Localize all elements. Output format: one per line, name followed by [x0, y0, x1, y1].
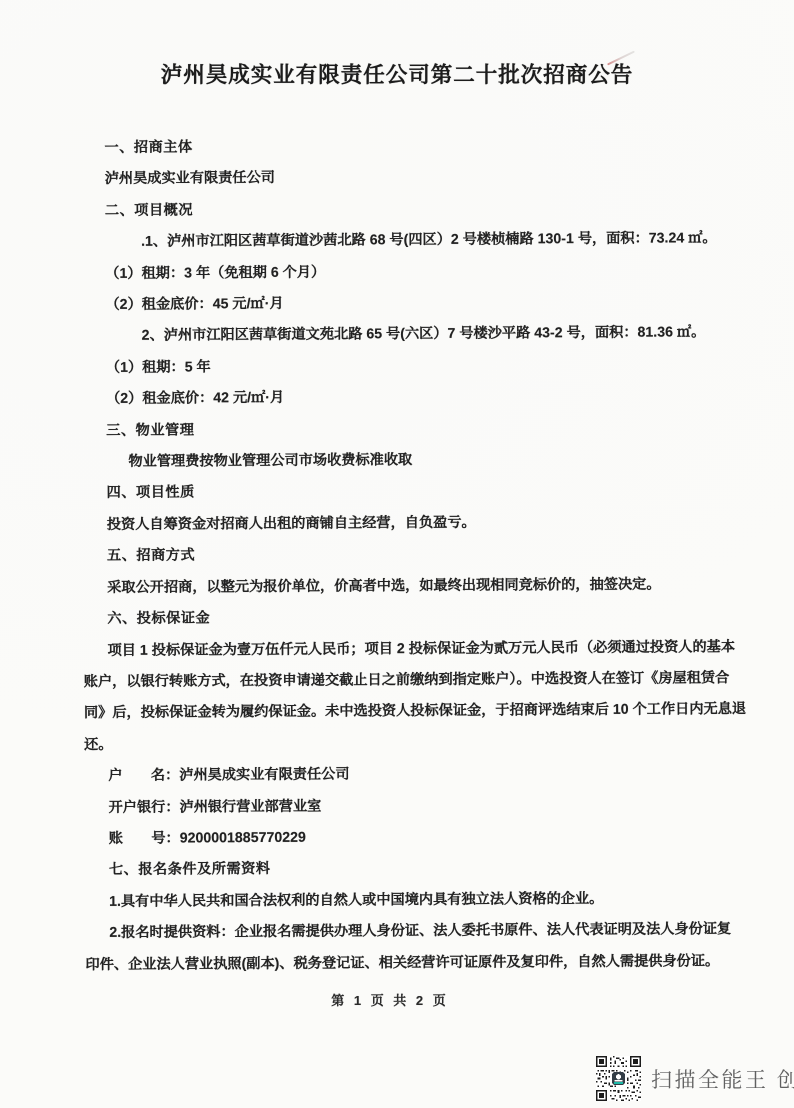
- project-2-term-line: （1）租期：5 年: [82, 349, 762, 385]
- property-fee-line: 物业管理费按物业管理公司市场收费标准收取: [82, 443, 762, 479]
- section-heading-4: 四、项目性质: [83, 474, 763, 510]
- materials-line-1: 2.报名时提供资料：企业报名需提供办理人身份证、法人委托书原件、法人代表证明及法…: [85, 914, 765, 950]
- account-number-line: 账 号：9200001885770229: [85, 820, 765, 856]
- project-1-term-line: （1）租期：3 年（免租期 6 个月）: [81, 255, 761, 291]
- bank-line: 开户银行：泸州银行营业部营业室: [84, 788, 764, 824]
- page-number: 第 1 页 共 2 页: [0, 990, 780, 1009]
- section-heading-1: 一、招商主体: [80, 129, 760, 165]
- project-nature-line: 投资人自筹资金对招商人出租的商铺自主经营，自负盈亏。: [83, 506, 763, 542]
- document-title: 泸州昊成实业有限责任公司第二十批次招商公告: [0, 58, 794, 89]
- deposit-line-4: 还。: [84, 726, 764, 762]
- camscanner-label: 扫描全能王 创建: [651, 1064, 794, 1094]
- qr-code-icon: [596, 1056, 641, 1101]
- project-2-line: 2、泸州市江阳区茜草街道文苑北路 65 号(六区）7 号楼沙平路 43-2 号，…: [82, 317, 762, 353]
- section-heading-6: 六、投标保证金: [83, 600, 763, 636]
- project-2-rent-line: （2）租金底价：42 元/㎡·月: [82, 380, 762, 416]
- project-1-line: .1、泸州市江阳区茜草街道沙茜北路 68 号(四区）2 号楼桢楠路 130-1 …: [81, 223, 761, 259]
- deposit-line-3: 同》后，投标保证金转为履约保证金。未中选投资人投标保证金，于招商评选结束后 10…: [84, 694, 764, 730]
- deposit-line-1: 项目 1 投标保证金为壹万伍仟元人民币；项目 2 投标保证金为贰万元人民币（必须…: [83, 631, 763, 667]
- document-body: 一、招商主体 泸州昊成实业有限责任公司 二、项目概况 .1、泸州市江阳区茜草街道…: [80, 129, 765, 981]
- company-name-line: 泸州昊成实业有限责任公司: [81, 160, 761, 196]
- bidding-method-line: 采取公开招商，以整元为报价单位，价高者中选，如最终出现相同竞标价的，抽签决定。: [83, 569, 763, 605]
- section-heading-2: 二、项目概况: [81, 192, 761, 228]
- eligibility-line: 1.具有中华人民共和国合法权利的自然人或中国境内具有独立法人资格的企业。: [85, 883, 765, 919]
- camscanner-watermark: 扫描全能王 创建: [596, 1056, 794, 1101]
- account-name-line: 户 名：泸州昊成实业有限责任公司: [84, 757, 764, 793]
- section-heading-7: 七、报名条件及所需资料: [85, 851, 765, 887]
- materials-line-2: 印件、企业法人营业执照(副本)、税务登记证、相关经营许可证原件及复印件，自然人需…: [85, 945, 765, 981]
- scanned-document-page: 泸州昊成实业有限责任公司第二十批次招商公告 一、招商主体 泸州昊成实业有限责任公…: [0, 0, 794, 1108]
- deposit-line-2: 账户，以银行转账方式，在投资申请递交截止日之前缴纳到指定账户）。中选投资人在签订…: [84, 663, 764, 699]
- section-heading-5: 五、招商方式: [83, 537, 763, 573]
- section-heading-3: 三、物业管理: [82, 412, 762, 448]
- project-1-rent-line: （2）租金底价：45 元/㎡·月: [81, 286, 761, 322]
